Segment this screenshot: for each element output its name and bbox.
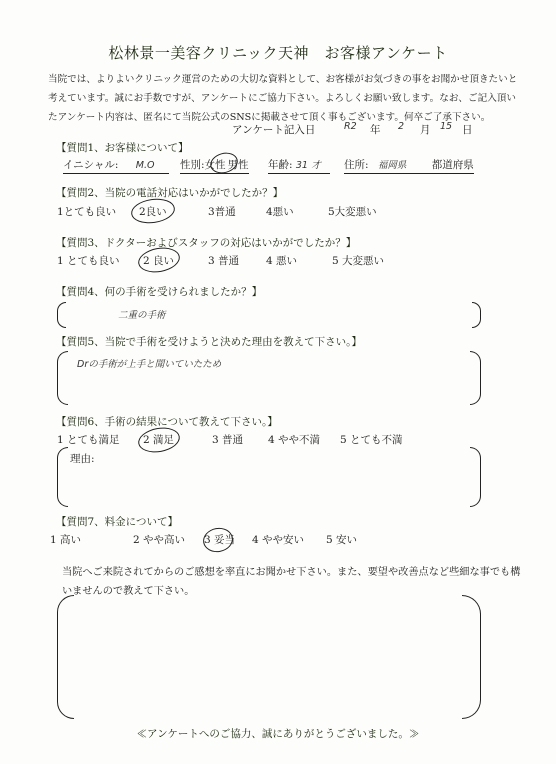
q3-heading: 【質問3、ドクターおよびスタッフの対応はいかがでしたか？】 bbox=[56, 235, 356, 250]
q4-bracket-left bbox=[57, 302, 66, 328]
q7-option-4[interactable]: 4 やや安い bbox=[252, 532, 304, 547]
footer-thanks: ≪アンケートへのご協力、誠にありがとうございました。≫ bbox=[0, 726, 556, 741]
q4-bracket-right bbox=[472, 302, 481, 328]
q3-option-3[interactable]: 3 普通 bbox=[208, 253, 239, 268]
q2-heading: 【質問2、当院の電話対応はいかがでしたか？】 bbox=[56, 185, 283, 200]
q5-bracket-left bbox=[57, 351, 68, 405]
q4-heading: 【質問4、何の手術を受けられましたか？】 bbox=[56, 284, 262, 299]
q2-option-3[interactable]: 3普通 bbox=[208, 204, 236, 219]
age-label: 年齢: bbox=[268, 159, 293, 171]
q6-option-1[interactable]: 1 とても満足 bbox=[57, 432, 120, 447]
q7-selected-circle bbox=[201, 526, 235, 555]
q3-option-1[interactable]: 1 とても良い bbox=[57, 253, 120, 268]
q6-option-5[interactable]: 5 とても不満 bbox=[340, 432, 403, 447]
q7-option-5[interactable]: 5 安い bbox=[326, 532, 357, 547]
q6-bracket-left bbox=[57, 447, 68, 507]
q1-heading: 【質問1、お客様について】 bbox=[56, 140, 188, 155]
intro-text: 当院では、よりよいクリニック運営のための大切な資料として、お客様がお気づきの事を… bbox=[48, 70, 518, 127]
date-day-value[interactable]: 15 bbox=[440, 121, 452, 132]
address-label: 住所: bbox=[344, 159, 369, 171]
age-value[interactable]: 31 bbox=[296, 160, 308, 171]
initial-value[interactable]: M.O bbox=[136, 160, 155, 171]
q2-option-5[interactable]: 5大変悪い bbox=[328, 204, 377, 219]
age-unit: 才 bbox=[311, 160, 321, 171]
date-day-unit: 日 bbox=[462, 122, 473, 137]
date-month-unit: 月 bbox=[420, 122, 431, 137]
q5-heading: 【質問5、当院で手術を受けようと決めた理由を教えて下さい。】 bbox=[56, 334, 362, 349]
survey-title: 松林景一美容クリニック天神 お客様アンケート bbox=[0, 42, 556, 63]
address-value[interactable]: 福岡県 bbox=[378, 160, 407, 171]
date-month-value[interactable]: 2 bbox=[398, 121, 404, 132]
q7-option-1[interactable]: 1 高い bbox=[50, 532, 81, 547]
date-label: アンケート記入日 bbox=[232, 122, 315, 137]
comments-prompt: 当院へご来院されてからのご感想を率直にお聞かせ下さい。また、要望や改善点など些細… bbox=[62, 563, 522, 601]
q6-reason-label: 理由: bbox=[70, 451, 95, 466]
q5-bracket-right bbox=[470, 351, 481, 405]
q1-address-field[interactable]: 住所: 福岡県 都道府県 bbox=[344, 157, 474, 174]
initial-label: イニシャル: bbox=[63, 159, 118, 171]
address-suffix: 都道府県 bbox=[432, 159, 474, 171]
q7-heading: 【質問7、料金について】 bbox=[56, 514, 178, 529]
q6-bracket-right bbox=[470, 447, 481, 507]
q2-option-1[interactable]: 1とても良い bbox=[57, 204, 116, 219]
q2-option-4[interactable]: 4悪い bbox=[266, 204, 294, 219]
q3-option-4[interactable]: 4 悪い bbox=[266, 253, 297, 268]
date-year-unit: 年 bbox=[370, 122, 381, 137]
q6-reason-field[interactable] bbox=[100, 451, 460, 499]
comments-bracket-left bbox=[57, 595, 74, 719]
date-year-value[interactable]: R2 bbox=[344, 121, 357, 132]
q1-initial-field[interactable]: イニシャル: M.O bbox=[63, 157, 169, 174]
q4-answer[interactable]: 二重の手術 bbox=[118, 307, 166, 321]
q2-selected-circle bbox=[130, 196, 177, 226]
q7-option-2[interactable]: 2 やや高い bbox=[133, 532, 185, 547]
comments-field[interactable] bbox=[78, 600, 458, 712]
q3-option-5[interactable]: 5 大変悪い bbox=[332, 253, 384, 268]
q1-age-field[interactable]: 年齢: 31 才 bbox=[268, 157, 330, 174]
gender-label: 性別: bbox=[180, 159, 205, 171]
q6-option-4[interactable]: 4 やや不満 bbox=[268, 432, 320, 447]
q5-answer[interactable]: Drの手術が上手と聞いていたため bbox=[77, 356, 221, 370]
q6-option-3[interactable]: 3 普通 bbox=[212, 432, 243, 447]
comments-bracket-right bbox=[462, 595, 481, 719]
